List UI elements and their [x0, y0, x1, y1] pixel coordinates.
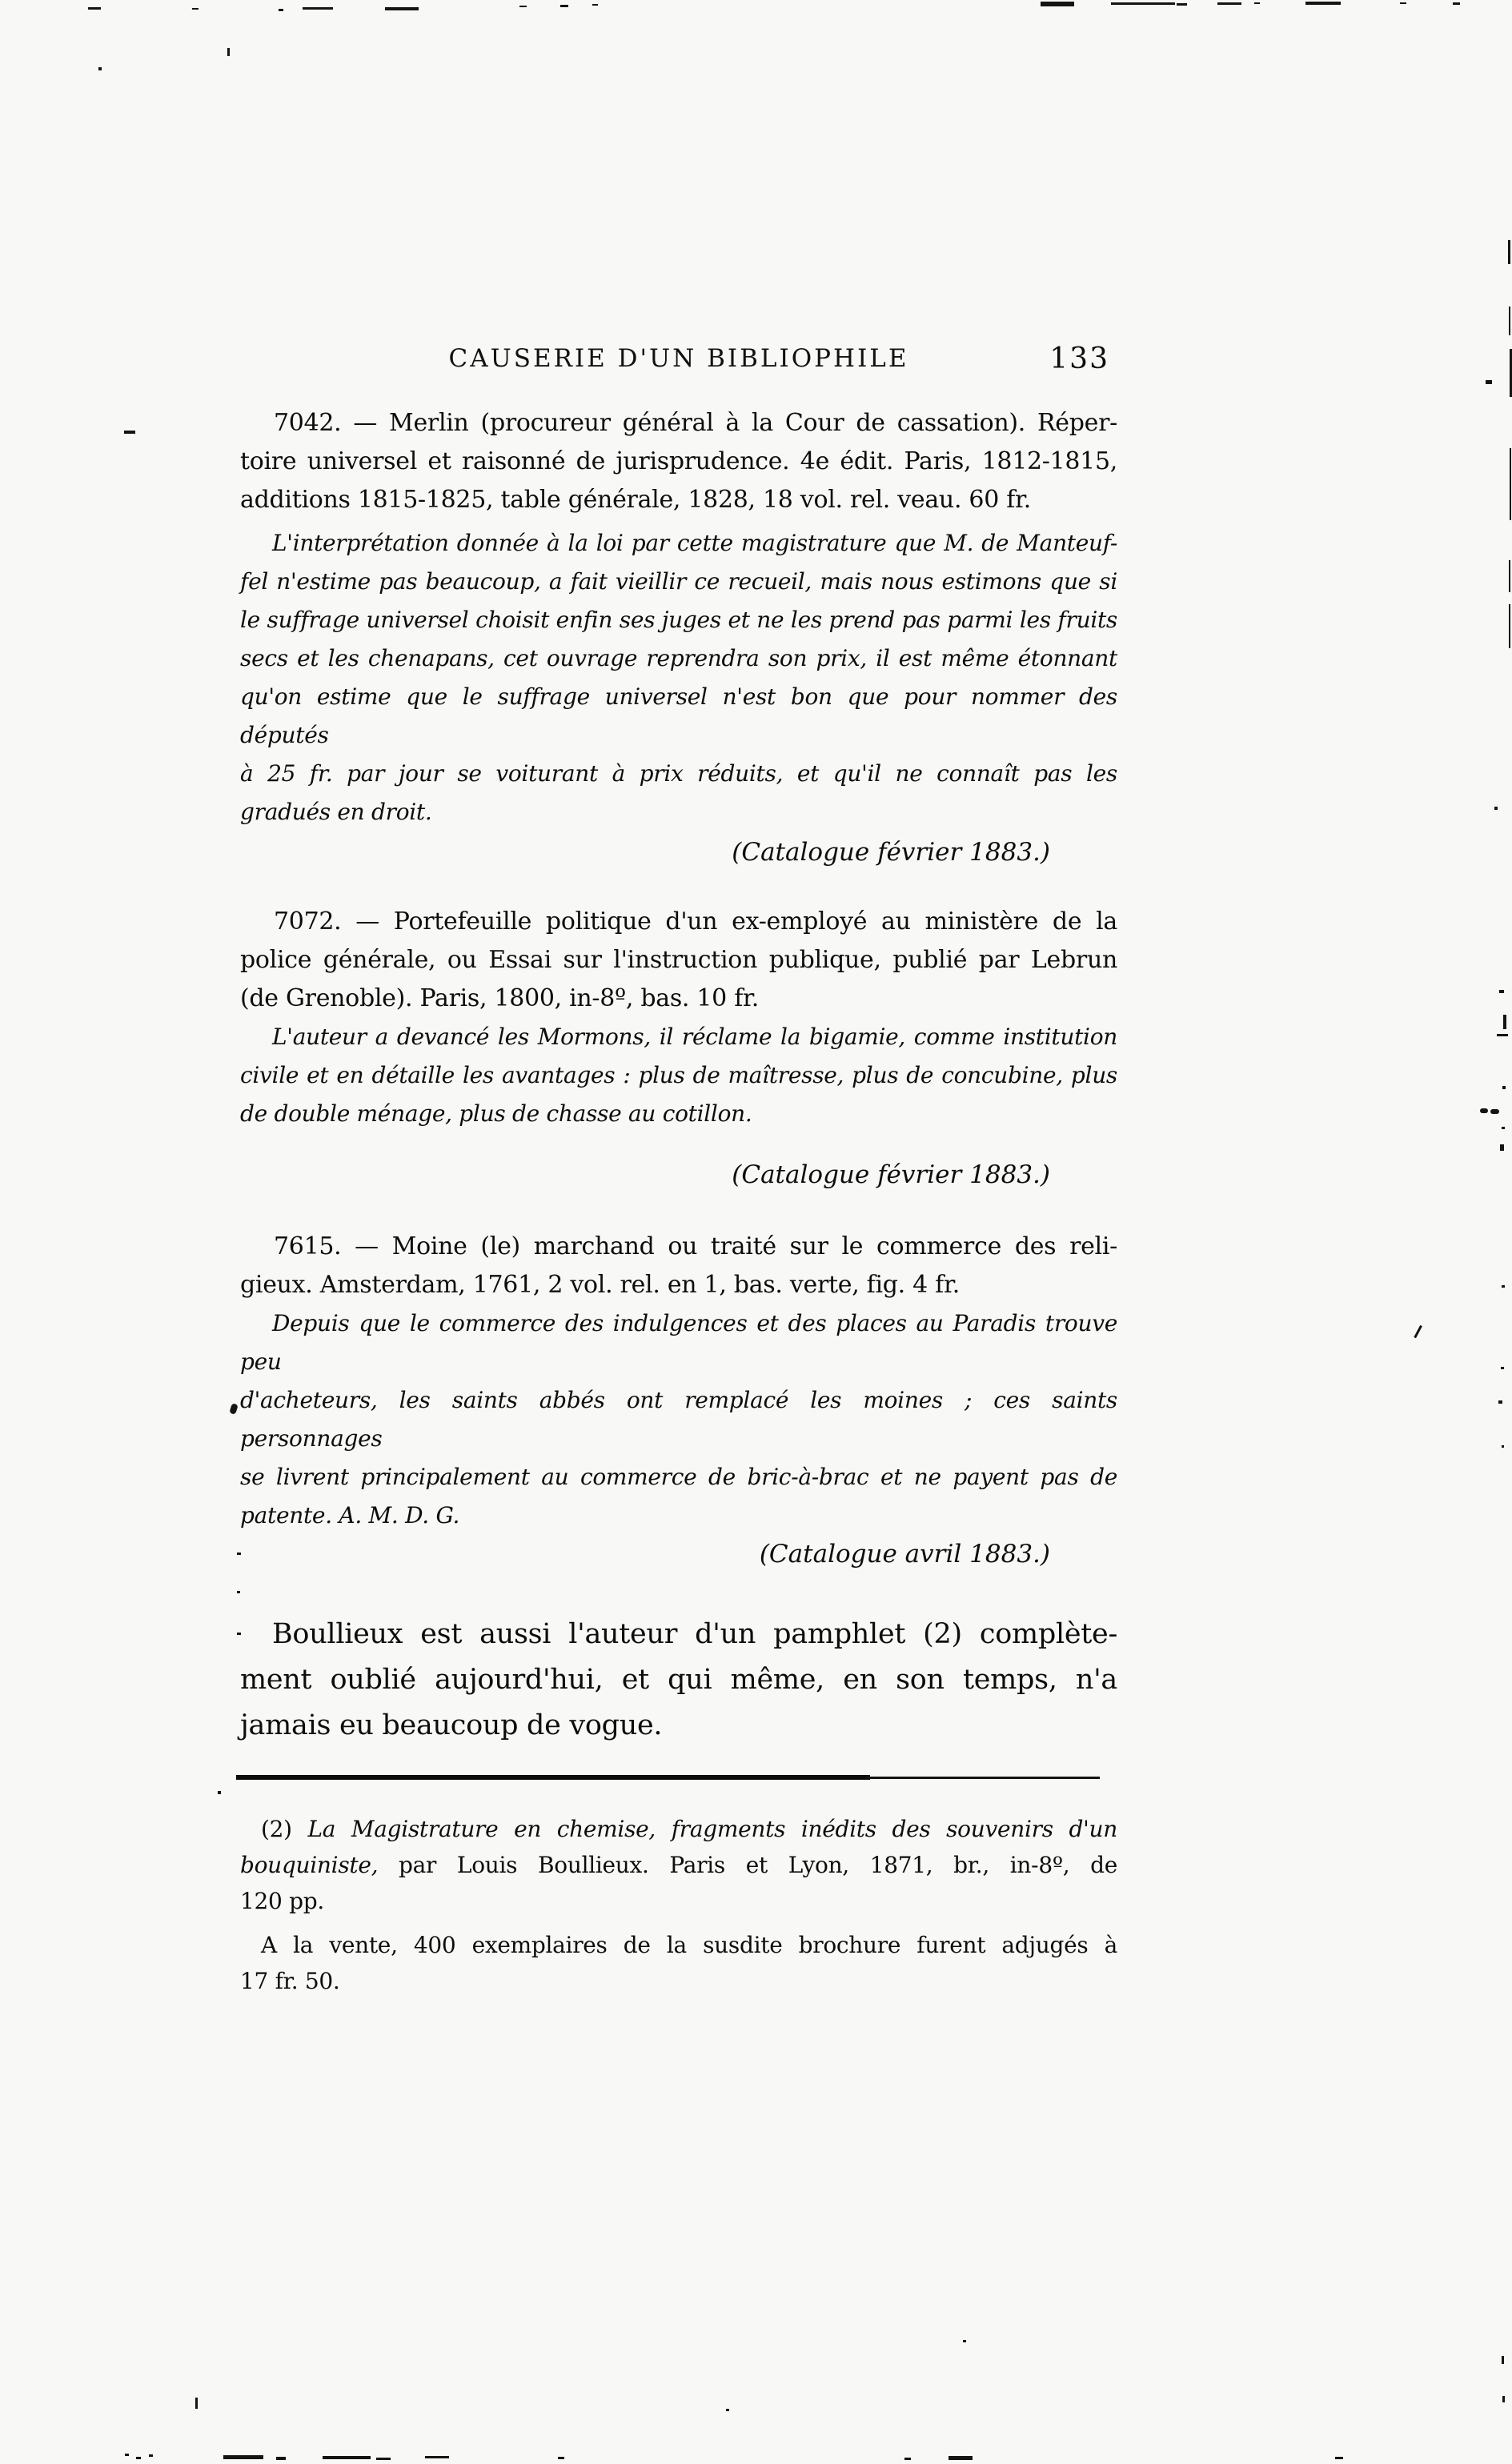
- scan-noise-mark: [323, 2456, 371, 2459]
- scan-noise-mark: [949, 2456, 973, 2460]
- scan-noise-mark: [1217, 2, 1241, 5]
- text-line: L'auteur a devancé les Mormons, il récla…: [240, 1018, 1117, 1056]
- scan-noise-mark: [136, 2457, 141, 2459]
- scan-noise-mark: [1509, 604, 1510, 648]
- text-line: bouquiniste, par Louis Boullieux. Paris …: [240, 1847, 1117, 1883]
- scan-noise-mark: [519, 6, 527, 7]
- scan-noise-mark: [279, 9, 283, 11]
- italic-text-segment: bouquiniste,: [240, 1852, 378, 1878]
- text-line: qu'on estime que le suffrage universel n…: [240, 678, 1117, 755]
- text-line: 7615. — Moine (le) marchand ou traité su…: [240, 1228, 1117, 1266]
- scan-noise-mark: [303, 7, 333, 10]
- scanned-book-page: CAUSERIE D'UN BIBLIOPHILE 133 7042. — Me…: [0, 0, 1512, 2464]
- scan-noise-mark: [904, 2458, 911, 2460]
- scan-noise-mark: [560, 5, 568, 7]
- text-line: d'acheteurs, les saints abbés ont rempla…: [240, 1381, 1117, 1458]
- scan-noise-mark: [1502, 1086, 1506, 1089]
- text-segment: par Louis Boullieux. Paris et Lyon, 1871…: [378, 1852, 1117, 1878]
- text-line: 17 fr. 50.: [240, 1963, 1117, 1999]
- scan-noise-mark: [98, 67, 102, 70]
- text-line: 120 pp.: [240, 1883, 1117, 1919]
- scan-noise-mark: [1486, 380, 1492, 384]
- scan-noise-mark: [558, 2457, 564, 2459]
- scan-noise-mark: [1502, 1445, 1504, 1448]
- text-line: civile et en détaille les avantages : pl…: [240, 1056, 1117, 1095]
- scan-noise-mark: [88, 7, 101, 10]
- scan-noise-mark: [1111, 2, 1175, 5]
- scan-noise-mark: [125, 2454, 129, 2456]
- catalogue-attribution: (Catalogue avril 1883.): [240, 1535, 1117, 1573]
- text-line: A la vente, 400 exemplaires de la susdit…: [240, 1927, 1117, 1963]
- scan-noise-mark: [376, 2458, 391, 2460]
- text-line: ment oublié aujourd'hui, et qui même, en…: [240, 1657, 1117, 1703]
- text-line: gieux. Amsterdam, 1761, 2 vol. rel. en 1…: [240, 1266, 1117, 1304]
- scan-noise-mark: [963, 2340, 966, 2342]
- scan-noise-mark: [1305, 2, 1341, 5]
- scan-noise-mark: [385, 7, 419, 10]
- text-line: jamais eu beaucoup de vogue.: [240, 1703, 1117, 1749]
- footnote-sale-note: A la vente, 400 exemplaires de la susdit…: [240, 1927, 1117, 1999]
- scan-noise-mark: [237, 1633, 241, 1635]
- footnote-2: (2) La Magistrature en chemise, fragment…: [240, 1811, 1117, 1919]
- scan-noise-mark: [218, 1791, 221, 1794]
- scan-noise-mark: [1510, 448, 1511, 520]
- text-line: gradués en droit.: [240, 793, 1117, 831]
- text-line: 7042. — Merlin (procureur général à la C…: [240, 404, 1117, 443]
- scan-noise-mark: [1453, 2, 1460, 5]
- text-line: Boullieux est aussi l'auteur d'un pamphl…: [240, 1612, 1117, 1657]
- scan-noise-mark: [1335, 2457, 1343, 2459]
- scan-noise-mark: [1497, 1034, 1508, 1036]
- text-line: de double ménage, plus de chasse au coti…: [240, 1095, 1117, 1133]
- text-line: toire universel et raisonné de jurisprud…: [240, 443, 1117, 481]
- running-title: CAUSERIE D'UN BIBLIOPHILE: [240, 344, 1117, 373]
- scan-noise-mark: [1499, 990, 1504, 993]
- catalogue-entry-7072: 7072. — Portefeuille politique d'un ex-e…: [240, 903, 1117, 1018]
- closing-paragraph: Boullieux est aussi l'auteur d'un pamphl…: [240, 1612, 1117, 1749]
- scan-noise-mark: [592, 4, 598, 6]
- scan-noise-mark: [195, 2398, 198, 2409]
- scan-noise-mark: [227, 48, 230, 56]
- catalogue-attribution: (Catalogue février 1883.): [240, 1156, 1117, 1194]
- scan-noise-mark: [1502, 1127, 1505, 1129]
- text-line: se livrent principalement au commerce de…: [240, 1458, 1117, 1496]
- page-header: CAUSERIE D'UN BIBLIOPHILE 133: [240, 344, 1117, 384]
- text-line: à 25 fr. par jour se voiturant à prix ré…: [240, 755, 1117, 793]
- scan-noise-mark: [1503, 1015, 1506, 1029]
- scan-noise-mark: [425, 2456, 449, 2458]
- scan-noise-mark: [1509, 560, 1510, 592]
- text-line: (de Grenoble). Paris, 1800, in-8º, bas. …: [240, 980, 1117, 1018]
- scan-noise-mark: [1509, 306, 1510, 335]
- scan-noise-mark: [223, 2455, 263, 2459]
- scan-noise-mark: [1508, 240, 1510, 264]
- scan-noise-mark: [1177, 3, 1187, 6]
- scan-noise-mark: [1501, 1367, 1504, 1369]
- page-number: 133: [1049, 343, 1109, 375]
- scan-noise-mark: [124, 431, 135, 434]
- text-line: 7072. — Portefeuille politique d'un ex-e…: [240, 903, 1117, 941]
- text-line: additions 1815-1825, table générale, 182…: [240, 481, 1117, 519]
- text-line: police générale, ou Essai sur l'instruct…: [240, 941, 1117, 980]
- scan-noise-slash: [1414, 1325, 1423, 1339]
- text-segment: (2): [261, 1816, 307, 1842]
- scan-noise-mark: [726, 2409, 729, 2411]
- text-segment: 120 pp.: [240, 1888, 324, 1914]
- text-line: (2) La Magistrature en chemise, fragment…: [240, 1811, 1117, 1847]
- scan-noise-mark: [1500, 1144, 1504, 1151]
- text-line: le suffrage universel choisit enfin ses …: [240, 601, 1117, 639]
- scan-noise-mark: [149, 2454, 153, 2457]
- text-line: fel n'estime pas beaucoup, a fait vieill…: [240, 563, 1117, 601]
- text-line: secs et les chenapans, cet ouvrage repre…: [240, 639, 1117, 678]
- text-line: Depuis que le commerce des indulgences e…: [240, 1304, 1117, 1381]
- catalogue-attribution: (Catalogue février 1883.): [240, 833, 1117, 871]
- scan-noise-mark: [1254, 2, 1260, 4]
- text-line: patente. A. M. D. G.: [240, 1496, 1117, 1535]
- catalogue-entry-7042: 7042. — Merlin (procureur général à la C…: [240, 404, 1117, 519]
- scan-noise-mark: [1498, 1400, 1502, 1404]
- text-block: CAUSERIE D'UN BIBLIOPHILE 133 7042. — Me…: [240, 344, 1117, 1999]
- entry-7072-commentary: L'auteur a devancé les Mormons, il récla…: [240, 1018, 1117, 1133]
- scan-noise-mark: [1041, 2, 1074, 6]
- italic-text-segment: La Magistrature en chemise, fragments in…: [307, 1816, 1117, 1842]
- scan-noise-mark: [1494, 807, 1498, 810]
- scan-noise-mark: [1400, 2, 1406, 4]
- scan-noise-mark: [276, 2457, 286, 2460]
- scan-noise-mark: [1502, 1285, 1505, 1288]
- text-line: L'interprétation donnée à la loi par cet…: [240, 524, 1117, 563]
- rule-thin-segment: [865, 1777, 1100, 1779]
- scan-noise-mark: [1502, 2356, 1504, 2364]
- scan-noise-mark: [1502, 2396, 1505, 2402]
- entry-7042-commentary: L'interprétation donnée à la loi par cet…: [240, 524, 1117, 831]
- footnote-separator-rule: [236, 1775, 1117, 1781]
- catalogue-entry-7615: 7615. — Moine (le) marchand ou traité su…: [240, 1228, 1117, 1304]
- scan-noise-mark: [237, 1553, 241, 1555]
- rule-thick-segment: [236, 1775, 870, 1780]
- scan-noise-mark: [1490, 1109, 1499, 1114]
- scan-noise-mark: [192, 8, 199, 10]
- scan-noise-mark: [1480, 1108, 1488, 1113]
- scan-noise-mark: [229, 1403, 239, 1415]
- scan-noise-mark: [237, 1591, 240, 1593]
- entry-7615-commentary: Depuis que le commerce des indulgences e…: [240, 1304, 1117, 1535]
